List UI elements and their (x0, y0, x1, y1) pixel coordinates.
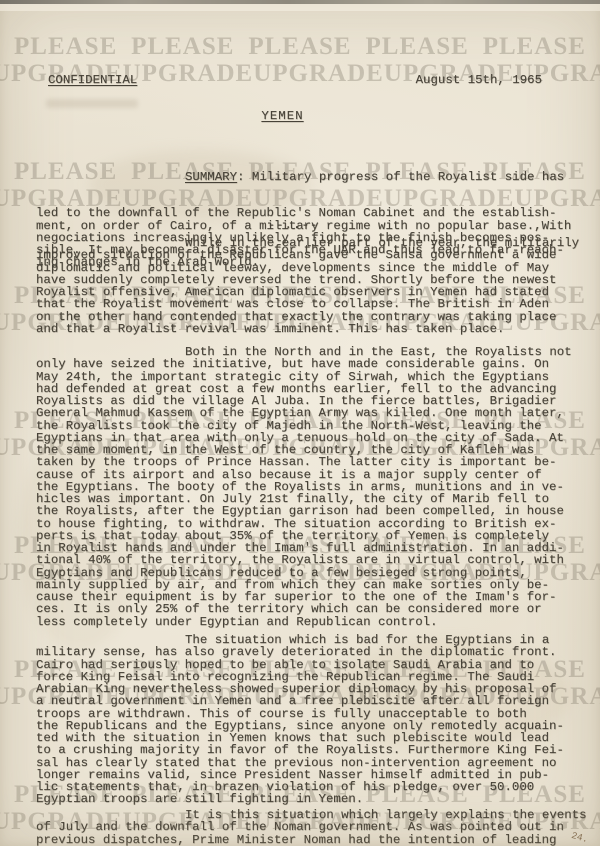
scan-top-highlight (0, 4, 600, 11)
summary-first-line: SUMMARY: Military progress of the Royali… (36, 171, 576, 183)
summary-first-line-text: : Military progress of the Royalist side… (237, 170, 564, 184)
faint-stamp (46, 99, 138, 108)
please-watermark-text: PLEASE (14, 33, 117, 61)
body-paragraph: It is this situation which largely expla… (36, 809, 576, 846)
please-watermark-text: PLEASE (483, 33, 586, 61)
classification-label: CONFIDENTIAL (48, 74, 137, 86)
page-title: YEMEN (0, 110, 565, 122)
please-watermark-text: PLEASE (131, 33, 234, 61)
summary-label: SUMMARY (185, 170, 237, 184)
date-label: August 15th, 1965 (416, 74, 542, 86)
please-watermark-text: PLEASE (248, 33, 351, 61)
body-paragraph: Both in the North and in the East, the R… (36, 346, 576, 628)
scanned-document-page: { "header": { "classification": "CONFIDE… (0, 0, 600, 846)
body-paragraph: The situation which is bad for the Egypt… (36, 634, 576, 806)
please-watermark-text: PLEASE (366, 33, 469, 61)
upgrade-watermark-text: UPGRADE (123, 60, 254, 88)
body-paragraph: While in the earlier part of the year, t… (36, 237, 576, 335)
section-separator: --..-- (0, 219, 586, 231)
upgrade-watermark-text: UPGRADE (253, 60, 384, 88)
please-watermark-row: PLEASEPLEASEPLEASEPLEASEPLEASE (0, 33, 600, 61)
